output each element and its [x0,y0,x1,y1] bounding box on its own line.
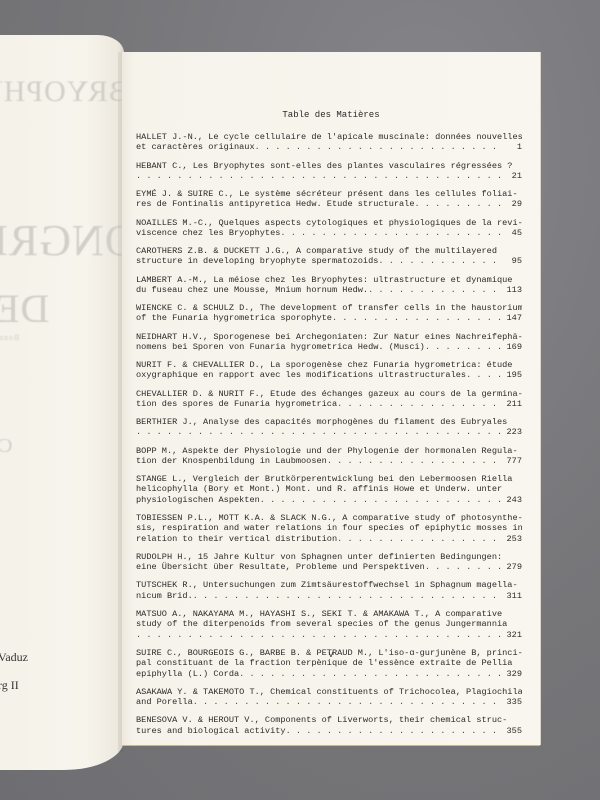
toc-entry: EYMÉ J. & SUIRE C., Le système sécréteur… [136,189,522,210]
dot-leader [255,142,501,152]
toc-entry-page-number: 45 [501,228,522,238]
toc-entry-page-number: 169 [501,342,522,352]
toc-entry-page-number: 1 [501,142,522,152]
toc-entry-page-number: 29 [501,199,522,209]
toc-entry: HEBANT C., Les Bryophytes sont-elles des… [136,161,522,182]
toc-entry: LAMBERT A.-M., La méiose chez les Bryoph… [136,275,522,296]
dot-leader [332,313,501,323]
toc-entry-line: study of the diterpenoids from several s… [136,619,522,629]
toc-entry-last-line: structure in developing bryophyte sperma… [136,256,378,266]
toc-entry: ASAKAWA Y. & TAKEMOTO T., Chemical const… [136,687,522,708]
dot-leader [280,228,501,238]
toc-entry: WIENCKE C. & SCHULZ D., The development … [136,303,522,324]
toc-entry-line: WIENCKE C. & SCHULZ D., The development … [136,303,522,313]
dot-leader [368,285,501,295]
dot-leader [260,495,501,505]
toc-entry: BOPP M., Aspekte der Physiologie und der… [136,446,522,467]
toc-entry-line: TOBIESSEN P.L., MOTT K.A. & SLACK N.G., … [136,513,522,523]
toc-entry-page-number: 95 [501,256,522,266]
toc-entry-line: STANGE L., Vergleich der Brutkörperentwi… [136,474,522,484]
toc-entry: BENESOVA V. & HEROUT V., Components of L… [136,715,522,736]
dot-leader [193,697,501,707]
toc-entry-page-number: 223 [501,427,522,437]
toc-entry-last-line: du fuseau chez une Mousse, Mnium hornum … [136,285,368,295]
toc-entry-line: HALLET J.-N., Le cycle cellulaire de l'a… [136,132,522,142]
page-number: v [122,650,540,660]
toc-entry-page-number: 253 [501,534,522,544]
toc-entry-page-number: 113 [501,285,522,295]
dot-leader [378,256,501,266]
ghost-title-de: DE [0,285,49,332]
toc-entry: NEIDHART H.V., Sporogenese bei Archegoni… [136,332,522,353]
dot-leader [414,199,501,209]
ghost-letter-c: C [0,435,12,458]
dot-leader [239,669,501,679]
dot-leader [327,456,501,466]
toc-entry-page-number: 321 [501,630,522,640]
toc-entry-page-number: 195 [501,370,522,380]
dot-leader [425,342,501,352]
dot-leader [286,726,501,736]
toc-entry: MATSUO A., NAKAYAMA M., HAYASHI S., SEKI… [136,609,522,640]
toc-entry-last-line: res de Fontinalis antipyretica Hedw. Etu… [136,199,414,209]
ghost-title-congres: CONGRÈ [0,215,124,266]
toc-entry-line: NURIT F. & CHEVALLIER D., La sporogenèse… [136,360,522,370]
toc-entry: CAROTHERS Z.B. & DUCKETT J.G., A compara… [136,246,522,267]
toc-entry-last-line: eine Übersicht über Resultate, Probleme … [136,562,425,572]
toc-entry-line: HEBANT C., Les Bryophytes sont-elles des… [136,161,522,171]
toc-entry-page-number: 335 [501,697,522,707]
toc-entry-line: BOPP M., Aspekte der Physiologie und der… [136,446,522,456]
ghost-subtitle-bonn: Bonn [0,333,19,342]
toc-entry-page-number: 211 [501,399,522,409]
toc-entry: HALLET J.-N., Le cycle cellulaire de l'a… [136,132,522,153]
dot-leader [136,171,501,181]
toc-entry-last-line: relation to their vertical distribution [136,534,337,544]
dot-leader [136,427,501,437]
toc-entry-last-line: of the Funaria hygrometrica sporophyte [136,313,332,323]
toc-entry: CHEVALLIER D. & NURIT F., Etude des écha… [136,389,522,410]
toc-entry: STANGE L., Vergleich der Brutkörperentwi… [136,474,522,505]
toc-entry-page-number: 329 [501,669,522,679]
dot-leader [193,591,501,601]
left-page-text-vaduz: Vaduz [0,650,28,665]
toc-entry-last-line: tures and biological activity [136,726,286,736]
toc-entry-last-line: tion des spores de Funaria hygrometrica [136,399,337,409]
toc-entry: NOAILLES M.-C., Quelques aspects cytolog… [136,218,522,239]
toc-entry-last-line: epiphylla (L.) Corda [136,669,239,679]
left-page: BRYOPHY CONGRÈ DE Bonn C Vaduz rg II [0,35,124,770]
page-title: Table des Matières [122,110,540,120]
toc-entry-page-number: 243 [501,495,522,505]
toc-entry-page-number: 311 [501,591,522,601]
toc-entry: RUDOLPH H., 15 Jahre Kultur von Sphagnen… [136,552,522,573]
toc-entry-line: sis, respiration and water relations in … [136,523,522,533]
toc-entry-line: CHEVALLIER D. & NURIT F., Etude des écha… [136,389,522,399]
toc-entry-last-line: viscence chez les Bryophytes [136,228,280,238]
toc-entry-line: helicophylla (Bory et Mont.) Mont. und R… [136,484,522,494]
ghost-title-bryophy: BRYOPHY [0,75,124,109]
toc-entry-line: NEIDHART H.V., Sporogenese bei Archegoni… [136,332,522,342]
toc-entry-line: BENESOVA V. & HEROUT V., Components of L… [136,715,522,725]
toc-entry-last-line: nicum Brid. [136,591,193,601]
toc-entry-line: BERTHIER J., Analyse des capacités morph… [136,417,522,427]
toc-entry: TOBIESSEN P.L., MOTT K.A. & SLACK N.G., … [136,513,522,544]
toc-entry-line: TUTSCHEK R., Untersuchungen zum Zimtsäur… [136,580,522,590]
toc-entry: BERTHIER J., Analyse des capacités morph… [136,417,522,438]
toc-entry-line: RUDOLPH H., 15 Jahre Kultur von Sphagnen… [136,552,522,562]
right-page: Table des Matières HALLET J.-N., Le cycl… [122,52,540,745]
dot-leader [425,562,501,572]
toc-entry-last-line: physiologischen Aspekten [136,495,260,505]
toc-entry-last-line: et caractères originaux [136,142,255,152]
toc-entry-line: LAMBERT A.-M., La méiose chez les Bryoph… [136,275,522,285]
toc-entry-last-line: nomens bei Sporen von Funaria hygrometri… [136,342,425,352]
toc-entry: TUTSCHEK R., Untersuchungen zum Zimtsäur… [136,580,522,601]
toc-entry-line: CAROTHERS Z.B. & DUCKETT J.G., A compara… [136,246,522,256]
dot-leader [466,370,501,380]
left-page-text-rg-ii: rg II [0,678,19,693]
toc-entry-line: MATSUO A., NAKAYAMA M., HAYASHI S., SEKI… [136,609,522,619]
toc-entry-line: ASAKAWA Y. & TAKEMOTO T., Chemical const… [136,687,522,697]
dot-leader [136,630,501,640]
toc-entry-page-number: 147 [501,313,522,323]
toc-entry-page-number: 355 [501,726,522,736]
toc-entry-last-line: oxygraphique en rapport avec les modific… [136,370,466,380]
toc-entry: NURIT F. & CHEVALLIER D., La sporogenèse… [136,360,522,381]
dot-leader [337,534,501,544]
toc-entry-page-number: 21 [501,171,522,181]
toc-entry-last-line: tion der Knospenbildung in Laubmoosen [136,456,327,466]
toc-entry-last-line: and Porella [136,697,193,707]
toc-entry-page-number: 777 [501,456,522,466]
toc-entry-page-number: 279 [501,562,522,572]
toc-entry-line: EYMÉ J. & SUIRE C., Le système sécréteur… [136,189,522,199]
dot-leader [337,399,501,409]
toc-entry-line: NOAILLES M.-C., Quelques aspects cytolog… [136,218,522,228]
